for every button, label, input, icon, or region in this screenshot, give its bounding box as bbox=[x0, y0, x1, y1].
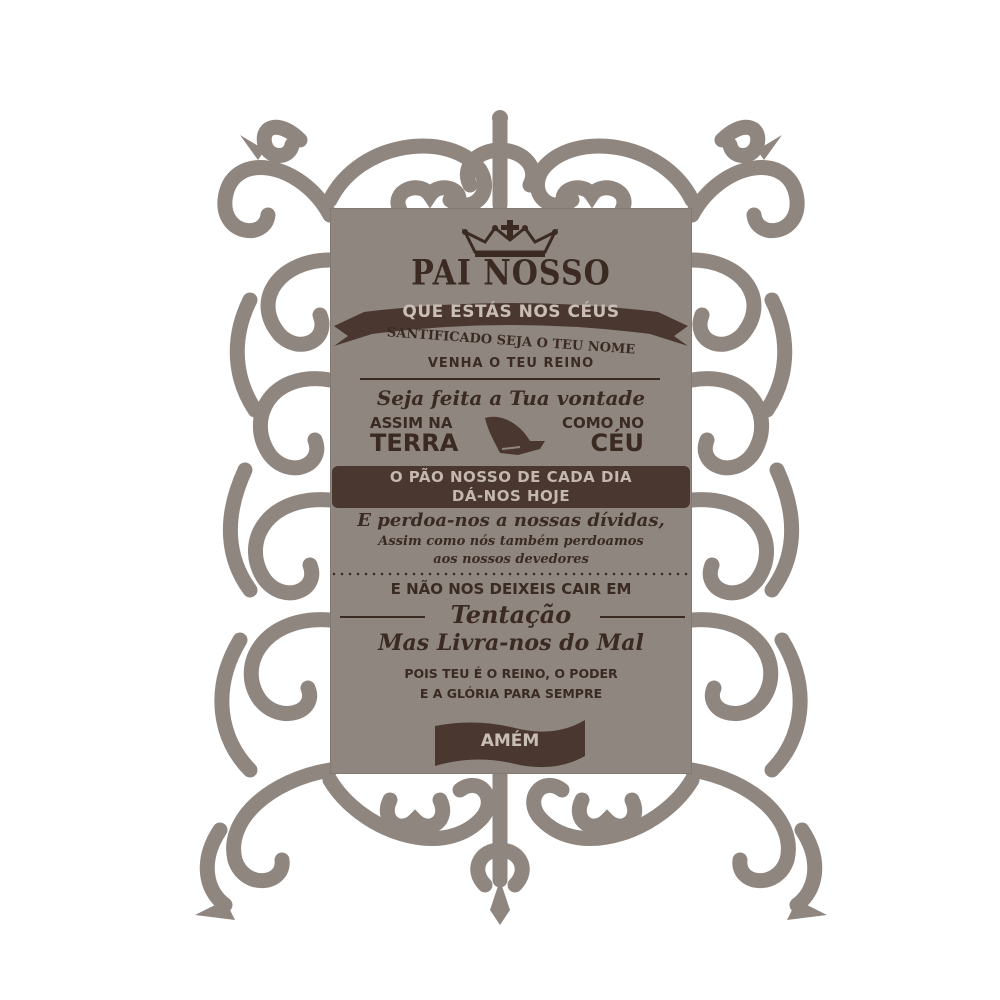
amen-text: AMÉM bbox=[455, 731, 565, 751]
line-forgive: E perdoa-nos a nossas dívidas, bbox=[330, 510, 692, 531]
engraved-panel: PAI NOSSO QUE ESTÁS NOS CÉUS SANTIFICADO… bbox=[330, 208, 692, 774]
left-block: ASSIM NA TERRA bbox=[370, 416, 458, 455]
bread-line-2: DÁ-NOS HOJE bbox=[332, 487, 690, 505]
ribbon-text: QUE ESTÁS NOS CÉUS bbox=[334, 302, 688, 322]
right-block: COMO NO CÉU bbox=[562, 416, 644, 455]
bread-banner: O PÃO NOSSO DE CADA DIA DÁ-NOS HOJE bbox=[332, 466, 690, 508]
left-block-large: TERRA bbox=[370, 431, 458, 455]
divider-rule bbox=[360, 378, 660, 380]
line-debtors: aos nossos devedores bbox=[330, 552, 692, 567]
title: PAI NOSSO bbox=[330, 253, 692, 293]
divider-right bbox=[600, 616, 685, 618]
amen-banner: AMÉM bbox=[435, 718, 595, 773]
line-lead: E NÃO NOS DEIXEIS CAIR EM bbox=[330, 580, 692, 598]
bread-line-1: O PÃO NOSSO DE CADA DIA bbox=[332, 468, 690, 486]
dotted-divider bbox=[330, 572, 692, 576]
line-deliver: Mas Livra-nos do Mal bbox=[330, 630, 692, 656]
line-will: Seja feita a Tua vontade bbox=[330, 386, 692, 410]
line-as-we: Assim como nós também perdoamos bbox=[330, 534, 692, 549]
right-block-large: CÉU bbox=[562, 431, 644, 455]
praying-hands-icon bbox=[480, 413, 550, 458]
line-glory: E A GLÓRIA PARA SEMPRE bbox=[330, 686, 692, 701]
line-kingdom-power: POIS TEU É O REINO, O PODER bbox=[330, 666, 692, 681]
line-temptation: Tentação bbox=[330, 600, 692, 629]
line-kingdom: VENHA O TEU REINO bbox=[330, 356, 692, 371]
